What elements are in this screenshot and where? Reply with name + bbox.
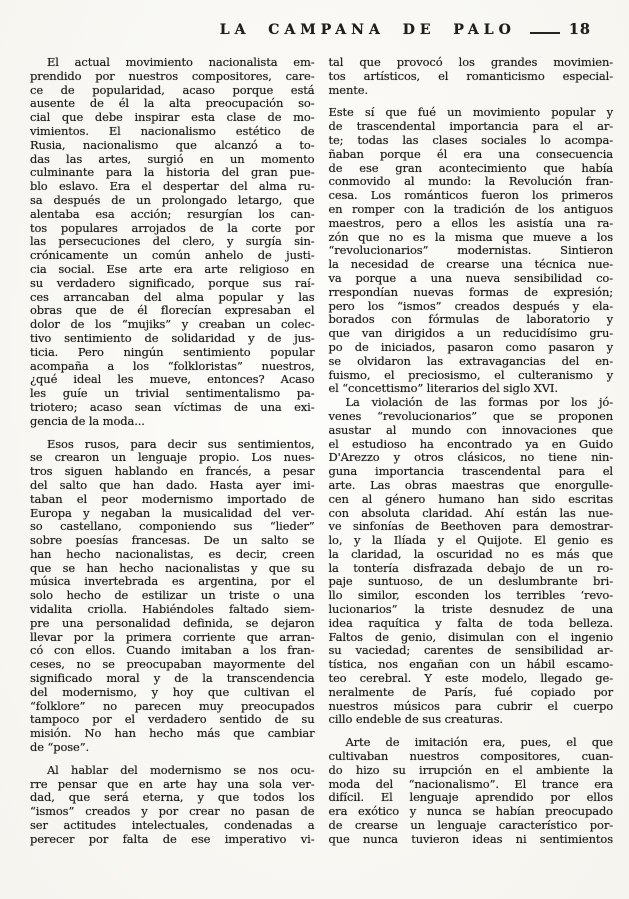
paragraph: Esos rusos, para decir sus sentimientos,… <box>30 438 315 755</box>
text-line: dad, que será eterna, y que todos los <box>30 791 315 805</box>
text-line: ceses, no se preocupaban mayormente del <box>30 658 315 672</box>
text-line: música invertebrada es argentina, por el <box>30 575 315 589</box>
text-line: guna importancia trascendental para el <box>329 465 614 479</box>
text-line: po de iniciados, pasaron como pasaron y <box>329 341 614 355</box>
text-line: neralmente de París, fué copiado por <box>329 686 614 700</box>
text-line: tos populares arrojados de la corte por <box>30 222 315 236</box>
paragraph: El actual movimiento nacionalista em-pre… <box>30 56 315 429</box>
text-line: borados con fórmulas de laboratorio y <box>329 313 614 327</box>
text-line: vidalita criolla. Habiéndoles faltado si… <box>30 603 315 617</box>
text-line: llo similor, esconden los terribles ‘rev… <box>329 589 614 603</box>
text-line: ¿qué ideal les mueve, entonces? Acaso <box>30 373 315 387</box>
text-line: ñaban porque él era una consecuencia <box>329 148 614 162</box>
text-line: Rusia, nacionalismo que alcanzó a to- <box>30 139 315 153</box>
text-line: das las artes, surgió en un momento <box>30 153 315 167</box>
text-line: gencia de la moda... <box>30 415 315 429</box>
text-line: cesa. Los románticos fueron los primeros <box>329 189 614 203</box>
text-line: teo cerebral. Y este modelo, llegado ge- <box>329 672 614 686</box>
text-line: sobre poesías francesas. De un salto se <box>30 534 315 548</box>
text-line: Esos rusos, para decir sus sentimientos, <box>30 438 315 452</box>
text-line: arte. Las obras maestras que enorgulle- <box>329 479 614 493</box>
text-line: se crearon un lenguaje propio. Los nues- <box>30 451 315 465</box>
text-line: dolor de los “mujiks” y creaban un colec… <box>30 318 315 332</box>
text-line: crónicamente un común anhelo de justi- <box>30 249 315 263</box>
text-line: la claridad, la oscuridad no es más que <box>329 548 614 562</box>
text-line: vimientos. El nacionalismo estético de <box>30 125 315 139</box>
text-line: difícil. El lenguaje aprendido por ellos <box>329 791 614 805</box>
text-line: solo hecho de estilizar un triste o una <box>30 589 315 603</box>
text-line: tros siguen hablando en francés, a pesar <box>30 465 315 479</box>
text-line: lo, y la Ilíada y el Quijote. El genio e… <box>329 534 614 548</box>
text-line: ausente de él la alta preocupación so- <box>30 97 315 111</box>
text-line: “folklore” no parecen muy preocupados <box>30 700 315 714</box>
text-line: so castellano, componiendo sus “lieder” <box>30 520 315 534</box>
paragraph: Al hablar del modernismo se nos ocu-rre … <box>30 764 315 847</box>
text-line: con absoluta claridad. Ahí están las nue… <box>329 507 614 521</box>
text-line: les guíe un trivial sentimentalismo pa- <box>30 387 315 401</box>
paragraph: tal que provocó los grandes movimien-tos… <box>329 56 614 97</box>
text-line: que se han hecho nacionalistas y que su <box>30 562 315 576</box>
text-line: cia social. Ese arte era arte religioso … <box>30 263 315 277</box>
publication-title: LA CAMPANA DE PALO <box>220 22 516 38</box>
text-line: nuestros músicos para cubrir el cuerpo <box>329 700 614 714</box>
text-line: del salto que han dado. Hasta ayer imi- <box>30 479 315 493</box>
text-line: el estudioso ha encontrado ya en Guido <box>329 438 614 452</box>
text-line: que van dirigidos a un reducidísimo gru- <box>329 327 614 341</box>
text-line: cial que debe inspirar esta clase de mo- <box>30 111 315 125</box>
text-line: su vaciedad; carentes de sensibilidad ar… <box>329 644 614 658</box>
text-line: te; todas las clases sociales lo acompa- <box>329 134 614 148</box>
text-line: la tontería disfrazada debajo de un ro- <box>329 562 614 576</box>
text-line: llevar por la primera corriente que arra… <box>30 631 315 645</box>
text-line: taban el peor modernismo importado de <box>30 493 315 507</box>
text-line: ser actitudes intelectuales, condenadas … <box>30 819 315 833</box>
text-line: cen al género humano han sido escritas <box>329 493 614 507</box>
text-line: las persecuciones del clero, y surgía si… <box>30 235 315 249</box>
text-line: Arte de imitación era, pues, el que <box>329 736 614 750</box>
text-line: ces arrancaban del alma popular y las <box>30 291 315 305</box>
text-line: blo eslavo. Era el despertar del alma ru… <box>30 180 315 194</box>
text-line: pre una personalidad definida, se dejaro… <box>30 617 315 631</box>
text-line: tivo sentimiento de solidaridad y de jus… <box>30 332 315 346</box>
text-line: triotero; acaso sean víctimas de una exi… <box>30 401 315 415</box>
text-line: mente. <box>329 84 614 98</box>
text-line: ce de popularidad, acaso porque está <box>30 84 315 98</box>
text-line: paje suntuoso, de un deslumbrante bri- <box>329 575 614 589</box>
text-column: tal que provocó los grandes movimien-tos… <box>329 56 614 847</box>
text-line: de “pose”. <box>30 741 315 755</box>
text-line: conmovido al mundo: la Revolución fran- <box>329 175 614 189</box>
text-line: tística, nos engañan con un hábil escamo… <box>329 658 614 672</box>
text-line: significado moral y de la transcendencia <box>30 672 315 686</box>
text-line: del modernismo, y hoy que cultivan el <box>30 686 315 700</box>
page-number: 18 <box>569 21 591 38</box>
text-line: han hecho nacionalistas, es decir, creen <box>30 548 315 562</box>
paragraph: La violación de las formas por los jó-ve… <box>329 396 614 727</box>
text-line: de ese gran acontecimiento que había <box>329 162 614 176</box>
text-line: la necesidad de crearse una técnica nue- <box>329 258 614 272</box>
running-head: LA CAMPANA DE PALO —— 18 <box>0 0 629 38</box>
text-line: sa después de un prolongado letargo, que <box>30 194 315 208</box>
text-line: va porque a una nueva sensibilidad co- <box>329 272 614 286</box>
text-line: fuismo, el preciosismo, el culteranismo … <box>329 369 614 383</box>
text-line: tampoco por el verdadero sentido de su <box>30 713 315 727</box>
text-line: que nunca tuvieron ideas ni sentimientos <box>329 833 614 847</box>
text-line: có con ellos. Cuando imitaban a los fran… <box>30 644 315 658</box>
text-line: rrespondían nuevas formas de expresión; <box>329 286 614 300</box>
text-line: do hizo su irrupción en el ambiente la <box>329 764 614 778</box>
text-line: alentaba esa acción; resurgían los can- <box>30 208 315 222</box>
text-line: venes “revolucionarios” que se proponen <box>329 410 614 424</box>
text-line: Faltos de genio, disimulan con el ingeni… <box>329 631 614 645</box>
text-line: obras que de él florecían expresaban el <box>30 304 315 318</box>
text-line: en romper con la tradición de los antigu… <box>329 203 614 217</box>
text-line: ve sinfonías de Beethoven para demostrar… <box>329 520 614 534</box>
text-line: misión. No han hecho más que cambiar <box>30 727 315 741</box>
text-line: “ismos” creados y por crear no pasan de <box>30 805 315 819</box>
text-line: Al hablar del modernismo se nos ocu- <box>30 764 315 778</box>
text-line: tal que provocó los grandes movimien- <box>329 56 614 70</box>
text-line: maestros, pero a ellos les asistía una r… <box>329 217 614 231</box>
text-line: D'Arezzo y otros clásicos, no tiene nin- <box>329 451 614 465</box>
text-line: se olvidaron las extravagancias del en- <box>329 355 614 369</box>
text-line: idea raquítica y falta de toda belleza. <box>329 617 614 631</box>
scanned-page: LA CAMPANA DE PALO —— 18 El actual movim… <box>0 0 629 899</box>
text-line: ticia. Pero ningún sentimiento popular <box>30 346 315 360</box>
text-line: acompaña a los “folkloristas” nuestros, <box>30 360 315 374</box>
text-line: su verdadero significado, porque sus raí… <box>30 277 315 291</box>
text-line: de crearse un lenguaje característico po… <box>329 819 614 833</box>
text-line: El actual movimiento nacionalista em- <box>30 56 315 70</box>
text-line: era exótico y nunca se habían preocupado <box>329 805 614 819</box>
text-line: Este sí que fué un movimiento popular y <box>329 106 614 120</box>
paragraph: Arte de imitación era, pues, el queculti… <box>329 736 614 846</box>
text-line: Europa y negaban la musicalidad del ver- <box>30 507 315 521</box>
text-line: pero los “ismos” creados después y ela- <box>329 300 614 314</box>
text-line: el “concettismo” literarios del siglo XV… <box>329 382 614 396</box>
text-line: prendido por nuestros compositores, care… <box>30 70 315 84</box>
text-column: El actual movimiento nacionalista em-pre… <box>30 56 315 847</box>
text-line: culminante para la historia del gran pue… <box>30 166 315 180</box>
text-line: rre pensar que en arte hay una sola ver- <box>30 778 315 792</box>
text-line: cultivaban nuestros compositores, cuan- <box>329 750 614 764</box>
text-line: asustar al mundo con innovaciones que <box>329 424 614 438</box>
text-line: tos artísticos, el romanticismo especial… <box>329 70 614 84</box>
header-dash-rule: —— <box>530 32 560 34</box>
text-line: moda del “nacionalismo”. El trance era <box>329 778 614 792</box>
text-line: perecer por falta de ese imperativo vi- <box>30 833 315 847</box>
paragraph: Este sí que fué un movimiento popular yd… <box>329 106 614 396</box>
text-line: zón que no es la misma que mueve a los <box>329 231 614 245</box>
text-line: La violación de las formas por los jó- <box>329 396 614 410</box>
text-line: “revolucionarios” modernistas. Sintieron <box>329 244 614 258</box>
text-line: de trascendental importancia para el ar- <box>329 120 614 134</box>
text-line: lucionarios” la triste desnudez de una <box>329 603 614 617</box>
text-line: cillo endeble de sus creaturas. <box>329 713 614 727</box>
text-body: El actual movimiento nacionalista em-pre… <box>0 38 629 847</box>
